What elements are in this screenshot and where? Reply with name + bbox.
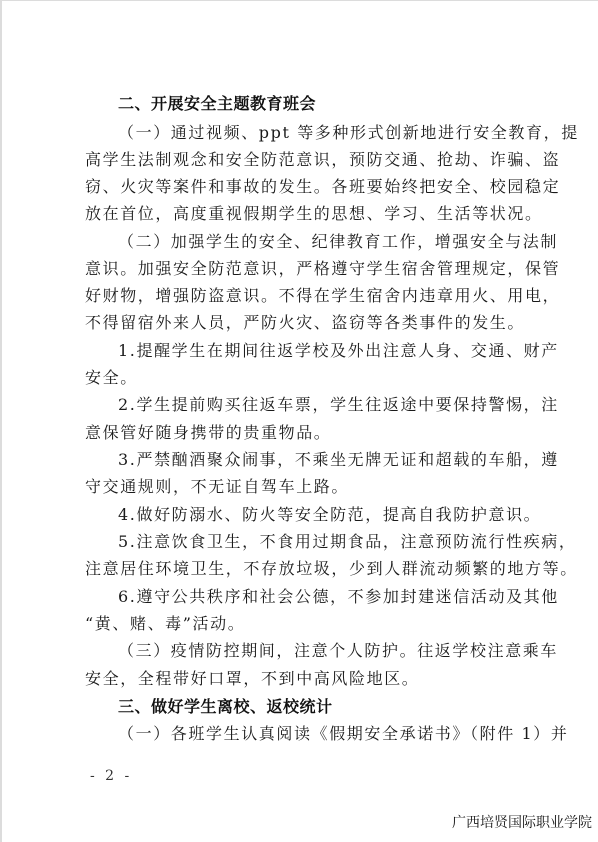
list-item-2-cont: 意保管好随身携带的贵重物品。 <box>85 422 517 444</box>
institution-watermark: 广西培贤国际职业学院 <box>452 814 592 832</box>
paragraph-line: 不得留宿外来人员，严防火灾、盗窃等各类事件的发生。 <box>85 312 517 334</box>
list-item-6: 6.遵守公共秩序和社会公德，不参加封建迷信活动及其他 <box>118 586 517 608</box>
list-item-3-cont: 守交通规则，不无证自驾车上路。 <box>85 476 517 498</box>
list-item-4: 4.做好防溺水、防火等安全防范，提高自我防护意识。 <box>118 504 517 526</box>
paragraph-line: （一）通过视频、ppt 等多种形式创新地进行安全教育，提 <box>118 122 517 144</box>
paragraph-line: 放在首位，高度重视假期学生的思想、学习、生活等状况。 <box>85 203 517 225</box>
paragraph-line: 安全，全程带好口罩，不到中高风险地区。 <box>85 668 517 690</box>
paragraph-line: 意识。加强安全防范意识，严格遵守学生宿舍管理规定，保管 <box>85 258 517 280</box>
list-item-1-cont: 安全。 <box>85 367 517 389</box>
page-number: - 2 - <box>90 767 132 785</box>
section-heading-departure-statistics: 三、做好学生离校、返校统计 <box>118 696 333 718</box>
paragraph-line: （三）疫情防控期间，注意个人防护。往返学校注意乘车 <box>118 640 517 662</box>
list-item-2: 2.学生提前购买往返车票，学生往返途中要保持警惕，注 <box>118 394 517 416</box>
paragraph-line: （二）加强学生的安全、纪律教育工作，增强安全与法制 <box>118 231 517 253</box>
paragraph-line: 高学生法制观念和安全防范意识，预防交通、抢劫、诈骗、盗 <box>85 149 517 171</box>
paragraph-line: （一）各班学生认真阅读《假期安全承诺书》（附件 1）并 <box>118 723 517 745</box>
section-heading-safety-education: 二、开展安全主题教育班会 <box>118 93 316 115</box>
list-item-6-cont: “黄、赌、毒”活动。 <box>85 613 517 635</box>
paragraph-line: 好财物，增强防盗意识。不得在学生宿舍内违章用火、用电， <box>85 285 517 307</box>
list-item-1: 1.提醒学生在期间往返学校及外出注意人身、交通、财产 <box>118 340 517 362</box>
paragraph-line: 窃、火灾等案件和事故的发生。各班要始终把安全、校园稳定 <box>85 176 517 198</box>
document-page: 二、开展安全主题教育班会 （一）通过视频、ppt 等多种形式创新地进行安全教育，… <box>2 1 598 842</box>
list-item-5: 5.注意饮食卫生，不食用过期食品，注意预防流行性疾病， <box>118 531 517 553</box>
list-item-5-cont: 注意居住环境卫生，不存放垃圾，少到人群流动频繁的地方等。 <box>85 558 517 580</box>
list-item-3: 3.严禁酗酒聚众闹事，不乘坐无牌无证和超载的车船，遵 <box>118 449 517 471</box>
